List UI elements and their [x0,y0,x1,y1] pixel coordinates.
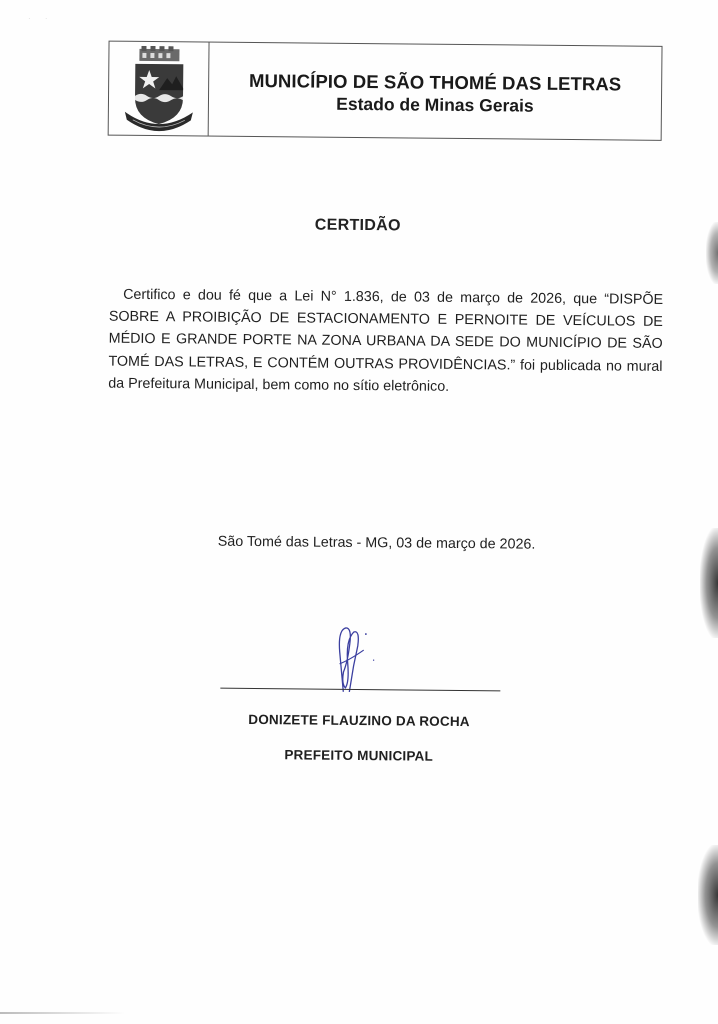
crest-cell [109,42,210,136]
scan-edge-line [0,1012,125,1014]
scan-artifact [700,528,718,638]
document-title: CERTIDÃO [0,214,717,239]
scan-artifact [706,222,718,284]
letterhead-titles: MUNICÍPIO DE SÃO THOMÉ DAS LETRAS Estado… [209,43,662,140]
letterhead: MUNICÍPIO DE SÃO THOMÉ DAS LETRAS Estado… [108,41,663,141]
signer-name: DONIZETE FLAUZINO DA ROCHA [194,711,524,729]
page-content: MUNICÍPIO DE SÃO THOMÉ DAS LETRAS Estado… [0,0,718,1024]
municipality-name: MUNICÍPIO DE SÃO THOMÉ DAS LETRAS [249,69,621,95]
state-name: Estado de Minas Gerais [336,92,534,116]
scan-artifact [698,845,718,945]
signature-icon [329,622,390,695]
scanned-page: · · [0,0,718,1024]
coat-of-arms-icon [122,45,195,132]
signer-role: PREFEITO MUNICIPAL [194,746,524,764]
certificate-body: Certifico e dou fé que a Lei N° 1.836, d… [108,284,663,400]
place-and-date: São Tomé das Letras - MG, 03 de março de… [218,534,536,553]
